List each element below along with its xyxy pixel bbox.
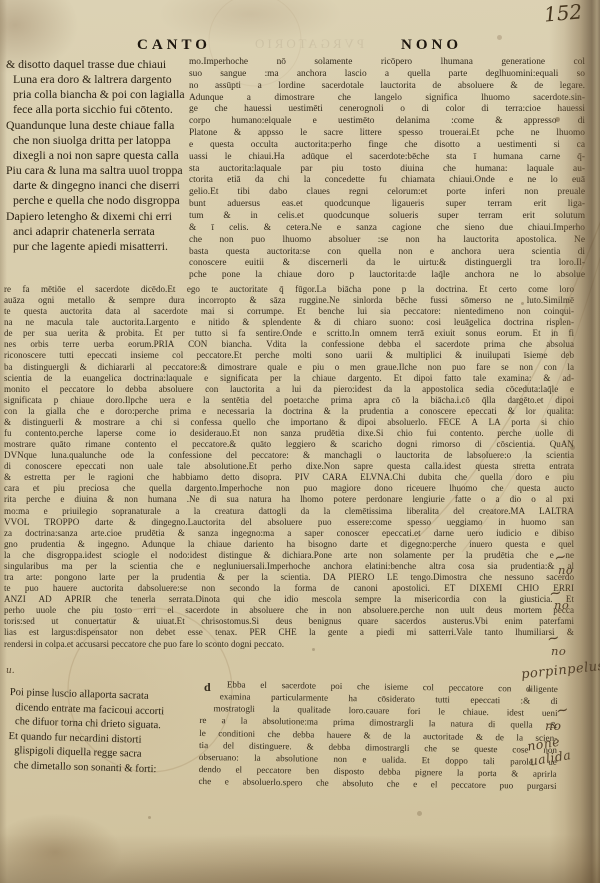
verse-line: Dapiero letengho & dixemi chi erri xyxy=(6,209,190,224)
text-line: te puo hauere auctorita dabsoluere:se no… xyxy=(4,583,574,594)
verse-line: Quandunque luna deste chiaue falla xyxy=(6,118,190,133)
verse-line: fece alla porta sicchio fui cōtento. xyxy=(13,102,190,117)
text-line: con la gialla che e doro:perche prima e … xyxy=(4,406,574,417)
verse-line: anci adaprir chatenerla serrata xyxy=(13,224,190,239)
marginal-note-no: no xyxy=(558,563,573,577)
text-line: mo.Imperhoche nō solamente ricōpero lhum… xyxy=(189,57,585,69)
verse-line: & disotto daquel trasse due chiaui xyxy=(6,57,190,72)
text-line: monito el peccatore lo debba absoluere c… xyxy=(4,384,574,395)
verse-column-bottom: Poi pinse luscio allaporta sacratadicend… xyxy=(8,686,210,779)
running-title-right: NONO xyxy=(401,37,462,54)
text-line: no assūpti a lordine sacerdotale lauctor… xyxy=(189,81,585,93)
text-line: te questa auctorita data al sacerdote ma… xyxy=(4,306,574,317)
handwritten-quote-mark: " xyxy=(527,688,532,699)
text-line: gno prudentia & ingegno. Adunque la chia… xyxy=(4,539,574,550)
verse-line: Piu cara & luna ma saltra uuol troppa xyxy=(6,163,190,178)
text-line: auāza ogni metallo & sempre dura incorro… xyxy=(4,295,574,306)
text-line: tra arte: pongono larte per la prudentia… xyxy=(4,572,574,583)
text-line: DVNque luna.qualunche ode la confessione… xyxy=(4,450,574,461)
text-line: mo:ma e priuilegio sopranaturale a la cr… xyxy=(4,506,574,517)
verse-line: pria colla biancha & poi con lagialla xyxy=(13,87,190,102)
text-line: & distinguerli & mostrare a chi si confe… xyxy=(4,417,574,428)
ink-specks xyxy=(0,0,3,3)
marginal-note-word: porpinpelus xyxy=(520,659,600,683)
verse-line: che non siuolga dritta per latoppa xyxy=(13,133,190,148)
text-line: significata p chiaue doro.Ilpche uera e … xyxy=(4,395,574,406)
text-line: & estretta per le ragioni che habbiamo d… xyxy=(4,472,574,483)
text-line: bunt aduersus eas.et quodcunque ligaueri… xyxy=(189,199,585,211)
handwritten-folio-number: 152 xyxy=(543,0,583,27)
verse-line: darte & dingegno inanci che diserri xyxy=(13,178,190,193)
text-line: perho uuole che piu tosto erri el sacerd… xyxy=(4,605,574,616)
text-line: Adunque a dimostrare che langelo signifi… xyxy=(189,93,585,105)
marginal-note-no: no xyxy=(545,718,562,733)
running-title-left: CANTO xyxy=(137,37,211,54)
text-line: nes orbis terre uerba eorum.PRIA CON bia… xyxy=(4,339,574,350)
text-line: uassi le chiaui.Ha adūque el sacerdote:b… xyxy=(189,152,585,164)
text-line: ctorita etiā da chi la concedette fu chi… xyxy=(189,175,585,187)
text-line: za doctrina:sanza arte.cioe prudētia & s… xyxy=(4,528,574,539)
text-line: ANZI AD APRIR che tenerla serrata.Dinota… xyxy=(4,594,574,605)
commentary-block-upper: mo.Imperhoche nō solamente ricōpero lhum… xyxy=(189,57,585,282)
text-line: ba distinguergli & dichiararli al peccat… xyxy=(4,362,574,373)
text-line: scientia de la euangelica doctrina:laqua… xyxy=(4,373,574,384)
text-line: tum & in celis.et quodcunque solueris su… xyxy=(189,211,585,223)
text-line: ge che hauessi uestimēti cenerognoli o d… xyxy=(189,104,585,116)
text-line: rita perche e diuina & non humana .Ne di… xyxy=(4,494,574,505)
text-line: riconoscere tutti epeccati insieme col p… xyxy=(4,350,574,361)
text-line: na ne macula tale auctorita.Largento e n… xyxy=(4,317,574,328)
text-line: e questa occulta auctorita:perho finge c… xyxy=(189,140,585,152)
text-line: toris:sed ut conuertatur & uiuat.Et chri… xyxy=(4,616,574,627)
text-line: cara et piu preciosa che quella dargento… xyxy=(4,483,574,494)
text-line: basta questa auctorita:se con quella non… xyxy=(189,247,585,259)
text-line: suo sangue :ma anchora lascio a quella p… xyxy=(189,69,585,81)
text-line: pche pone la chiaue doro p lauctorita:de… xyxy=(189,270,585,282)
text-line: sta auctorita:laquale par piu tosto diui… xyxy=(189,164,585,176)
marginal-note-no: no xyxy=(551,644,566,658)
commentary-block-full-width: re fa mētiōe el sacerdote dicēdo.Et ego … xyxy=(4,284,574,650)
commentary-block-bottom: Ebba el sacerdote poi che isieme col pec… xyxy=(198,678,557,792)
marginal-note-no: no xyxy=(554,598,569,612)
show-through-ghost-text: PVRGATORIO xyxy=(252,36,364,52)
verse-line: perche e quella che nodo disgroppa xyxy=(13,193,190,208)
verse-column-top: & disotto daquel trasse due chiauiLuna e… xyxy=(6,57,190,254)
text-line: che non puo lhuomo absoluer :se non ha l… xyxy=(189,235,585,247)
text-line: rendersi in colpa.et accusarsi peccatore… xyxy=(4,639,574,650)
text-line: corpo humano:elquale e uestimēto delanim… xyxy=(189,116,585,128)
scanned-book-page: CANTO NONO PVRGATORIO 152 & disotto daqu… xyxy=(0,0,600,883)
handwritten-verse-mark: u. xyxy=(6,666,15,676)
text-line: lias est largus:dispensator non debet es… xyxy=(4,627,574,638)
text-line: mostrare quāto rimane contento el peccat… xyxy=(4,439,574,450)
text-line: & ī celis. & cetera.Ne e sanza cagione c… xyxy=(189,223,585,235)
text-line: conoscere euitii & discernerli da le uir… xyxy=(189,258,585,270)
text-line: de per sua uerita & probita. Et per tutt… xyxy=(4,328,574,339)
page-edge-shadow-bottom xyxy=(0,834,600,883)
verse-line: Luna era doro & laltrera dargento xyxy=(13,72,190,87)
text-line: fu contento.perche laperse come io desid… xyxy=(4,428,574,439)
text-line: la che disgroppa.idest sciogle el nodo:i… xyxy=(4,550,574,561)
text-line: VVOL TROPPO darte & dingegno.Lauctorita … xyxy=(4,517,574,528)
verse-line: dixegli a noi non sapre questa calla xyxy=(13,148,190,163)
text-line: gelio.Et tibi dabo claues regni celorum:… xyxy=(189,187,585,199)
text-line: singularibus ma per la scientia che e ne… xyxy=(4,561,574,572)
verse-line: pur che lagente apiedi misatterri. xyxy=(13,239,190,254)
text-line: di conoscere epeccati non uale tale abso… xyxy=(4,461,574,472)
text-line: re fa mētiōe el sacerdote dicēdo.Et ego … xyxy=(4,284,574,295)
text-line: Platone & appsso le sacre littere spesso… xyxy=(189,128,585,140)
